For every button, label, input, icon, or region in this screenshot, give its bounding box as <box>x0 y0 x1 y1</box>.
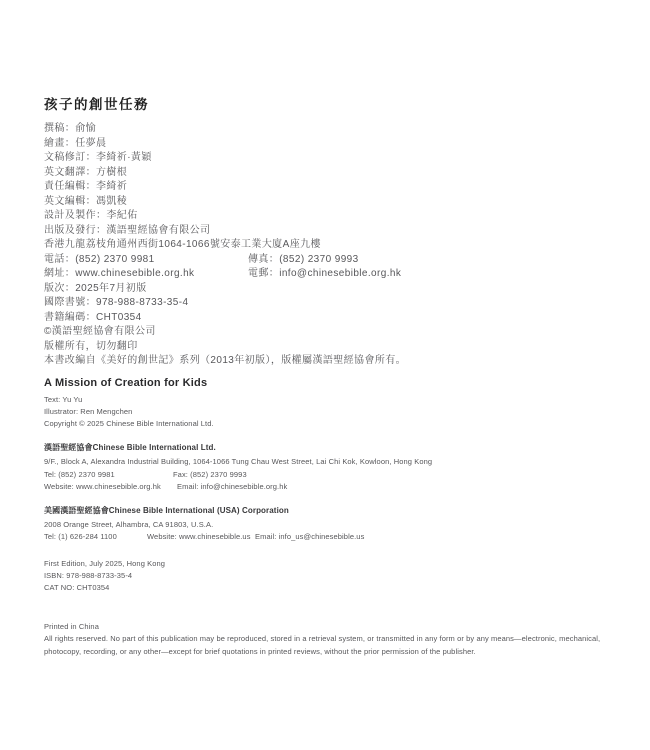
copyright-line-en: Copyright © 2025 Chinese Bible Internati… <box>44 418 622 430</box>
publisher-us-tel: Tel: (1) 626-284 1100 <box>44 531 147 543</box>
rights-statement: All rights reserved. No part of this pub… <box>44 633 622 657</box>
copyright-holder-line-zh: ©漢語聖經協會有限公司 <box>44 325 622 340</box>
credit-line-illustrator-en: Illustrator: Ren Mengchen <box>44 406 622 418</box>
publisher-address-zh: 香港九龍荔枝角通州西街1064-1066號安泰工業大廈A座九樓 <box>44 238 622 253</box>
chinese-credits-block: 撰稿：俞愉 繪畫：任夢晨 文稿修訂：李綺祈·黃穎 英文翻譯：方樹根 責任編輯：李… <box>44 122 622 369</box>
book-title-en: A Mission of Creation for Kids <box>44 377 622 389</box>
tel-fax-line-zh: 電話：(852) 2370 9981傳真：(852) 2370 9993 <box>44 253 622 268</box>
publisher-hk-tel-fax: Tel: (852) 2370 9981Fax: (852) 2370 9993 <box>44 469 622 481</box>
publisher-hk-fax: Fax: (852) 2370 9993 <box>173 470 247 479</box>
email-zh: 電郵：info@chinesebible.org.hk <box>248 268 401 279</box>
publisher-us-name: 美國漢語聖經協會Chinese Bible International (USA… <box>44 505 622 517</box>
publisher-us-address: 2008 Orange Street, Alhambra, CA 91803, … <box>44 519 622 531</box>
publisher-us-website: Website: www.chinesebible.us <box>147 531 255 543</box>
publisher-us-email: Email: info_us@chinesebible.us <box>255 532 364 541</box>
credit-line-design: 設計及製作：李紀佑 <box>44 209 622 224</box>
credit-line-managing-editor: 責任編輯：李綺祈 <box>44 180 622 195</box>
edition-block: First Edition, July 2025, Hong Kong ISBN… <box>44 558 622 595</box>
fax-zh: 傳真：(852) 2370 9993 <box>248 254 359 265</box>
colophon-page: 孩子的創世任務 撰稿：俞愉 繪畫：任夢晨 文稿修訂：李綺祈·黃穎 英文翻譯：方樹… <box>0 0 650 750</box>
credit-line-author: 撰稿：俞愉 <box>44 122 622 137</box>
edition-line-zh: 版次：2025年7月初版 <box>44 282 622 297</box>
publisher-hk-address: 9/F., Block A, Alexandra Industrial Buil… <box>44 456 622 468</box>
english-credits-block: Text: Yu Yu Illustrator: Ren Mengchen Co… <box>44 394 622 431</box>
publisher-hk-email: Email: info@chinesebible.org.hk <box>177 482 287 491</box>
credit-line-translator: 英文翻譯：方樹根 <box>44 166 622 181</box>
credit-line-english-editor: 英文編輯：馮凱稜 <box>44 195 622 210</box>
tel-zh: 電話：(852) 2370 9981 <box>44 253 248 268</box>
rights-reserved-line-zh: 版權所有，切勿翻印 <box>44 340 622 355</box>
publisher-hk-tel: Tel: (852) 2370 9981 <box>44 469 173 481</box>
credit-line-publisher: 出版及發行：漢語聖經協會有限公司 <box>44 224 622 239</box>
publisher-hk-name: 漢語聖經協會Chinese Bible International Ltd. <box>44 442 622 454</box>
website-zh: 網址：www.chinesebible.org.hk <box>44 267 248 282</box>
publisher-hk-web-email: Website: www.chinesebible.org.hkEmail: i… <box>44 481 622 493</box>
credit-line-illustrator: 繪畫：任夢晨 <box>44 137 622 152</box>
legal-block: Printed in China All rights reserved. No… <box>44 621 622 658</box>
isbn-line-zh: 國際書號：978-988-8733-35-4 <box>44 296 622 311</box>
credit-line-text-en: Text: Yu Yu <box>44 394 622 406</box>
credit-line-text-revision: 文稿修訂：李綺祈·黃穎 <box>44 151 622 166</box>
catalog-number-line: CAT NO: CHT0354 <box>44 582 622 594</box>
book-title-zh: 孩子的創世任務 <box>44 93 622 113</box>
edition-line: First Edition, July 2025, Hong Kong <box>44 558 622 570</box>
publisher-us-contact: Tel: (1) 626-284 1100Website: www.chines… <box>44 531 622 543</box>
publisher-hk-website: Website: www.chinesebible.org.hk <box>44 481 177 493</box>
website-email-line-zh: 網址：www.chinesebible.org.hk電郵：info@chines… <box>44 267 622 282</box>
isbn-line: ISBN: 978-988-8733-35-4 <box>44 570 622 582</box>
catalog-number-line-zh: 書籍編碼：CHT0354 <box>44 311 622 326</box>
publisher-hk-block: 漢語聖經協會Chinese Bible International Ltd. 9… <box>44 442 622 493</box>
adaptation-note-line-zh: 本書改編自《美好的創世記》系列（2013年初版），版權屬漢語聖經協會所有。 <box>44 354 622 369</box>
publisher-us-block: 美國漢語聖經協會Chinese Bible International (USA… <box>44 505 622 544</box>
printed-in-line: Printed in China <box>44 621 622 633</box>
